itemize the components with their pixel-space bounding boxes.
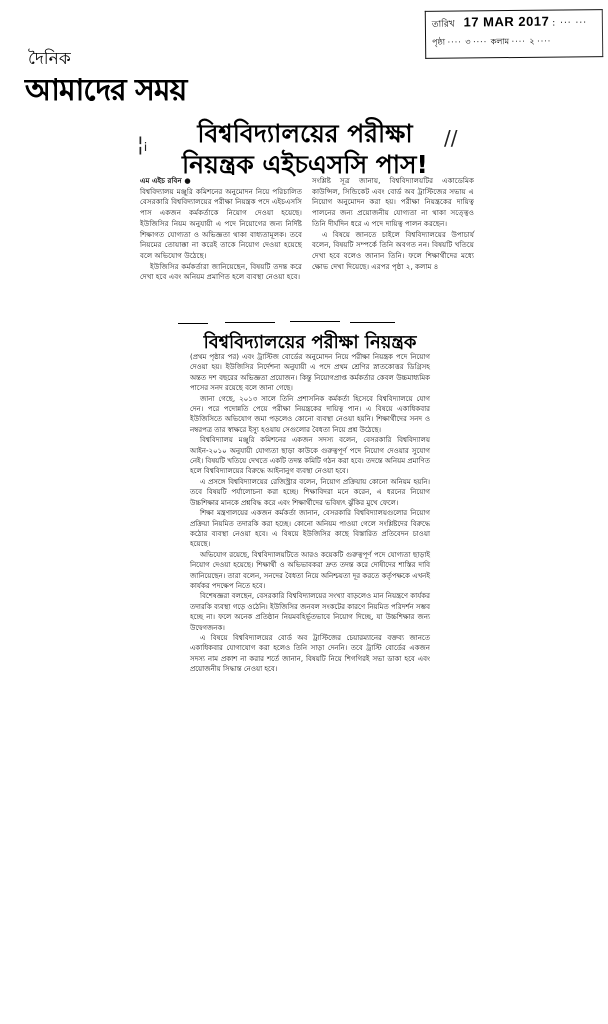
- intro-right-paragraph: সংশ্লিষ্ট সূত্র জানায়, বিশ্ববিদ্যালয়টি…: [312, 176, 474, 230]
- separator-rule: [225, 322, 275, 323]
- body-paragraph: শিক্ষা মন্ত্রণালয়ের একজন কর্মকর্তা জানা…: [190, 508, 430, 550]
- body-paragraph: বিশেষজ্ঞরা বলছেন, বেসরকারি বিশ্ববিদ্যালয…: [190, 591, 430, 633]
- body-paragraph: বিশ্ববিদ্যালয় মঞ্জুরি কমিশনের একজন সদস্…: [190, 435, 430, 477]
- stamp-page-value: ৩: [465, 37, 470, 46]
- separator-rule: [178, 323, 208, 324]
- stamp-column-label: কলাম: [491, 37, 509, 46]
- separator-rule: [290, 321, 340, 322]
- clipping-stamp: তারিখ 17 MAR 2017 : ··· ··· পৃষ্ঠা ···· …: [425, 9, 603, 59]
- intro-left-paragraph: বিশ্ববিদ্যালয় মঞ্জুরি কমিশনের অনুমোদন ন…: [140, 187, 302, 262]
- stamp-dots: : ··· ···: [552, 18, 587, 28]
- intro-left-paragraph: ইউজিসির কর্মকর্তারা জানিয়েছেন, বিষয়টি …: [140, 262, 302, 283]
- body-paragraph: এ প্রসঙ্গে বিশ্ববিদ্যালয়ের রেজিস্ট্রার …: [190, 477, 430, 508]
- intro-right-paragraph: এ বিষয়ে জানতে চাইলে বিশ্ববিদ্যালয়ের উপ…: [312, 230, 474, 273]
- continuation-body: (প্রথম পৃষ্ঠার পর) এবং ট্রাস্টিজ বোর্ডের…: [190, 352, 430, 675]
- headline-line-1: বিশ্ববিদ্যালয়ের পরীক্ষা: [155, 118, 455, 149]
- stamp-page-label: পৃষ্ঠা: [432, 38, 445, 47]
- stamp-date-value: 17 MAR 2017: [463, 14, 549, 30]
- stamp-column-value: ২: [529, 37, 534, 46]
- body-paragraph: (প্রথম পৃষ্ঠার পর) এবং ট্রাস্টিজ বোর্ডের…: [190, 352, 430, 394]
- article-headline: বিশ্ববিদ্যালয়ের পরীক্ষা নিয়ন্ত্রক এইচএ…: [155, 118, 455, 180]
- body-paragraph: জানা গেছে, ২০১৩ সালে তিনি প্রশাসনিক কর্ম…: [190, 394, 430, 436]
- body-paragraph: অভিযোগ রয়েছে, বিশ্ববিদ্যালয়টিতে আরও কয…: [190, 550, 430, 592]
- newspaper-masthead: আমাদের সময়: [25, 66, 186, 117]
- decorative-mark-left: ¦ᵢ: [137, 132, 147, 156]
- body-paragraph: এ বিষয়ে বিশ্ববিদ্যালয়ের বোর্ড অব ট্রাস…: [190, 633, 430, 675]
- stamp-date-row: তারিখ 17 MAR 2017 : ··· ···: [432, 13, 587, 32]
- stamp-page-row: পৃষ্ঠা ···· ৩ ···· কলাম ···· ২ ····: [432, 36, 551, 50]
- separator-rule: [350, 322, 395, 323]
- stamp-date-label: তারিখ: [432, 20, 455, 30]
- intro-column-right: সংশ্লিষ্ট সূত্র জানায়, বিশ্ববিদ্যালয়টি…: [312, 176, 474, 272]
- intro-column-left: এম এইচ রবিন ● বিশ্ববিদ্যালয় মঞ্জুরি কমি…: [140, 176, 302, 283]
- byline: এম এইচ রবিন ●: [140, 176, 191, 185]
